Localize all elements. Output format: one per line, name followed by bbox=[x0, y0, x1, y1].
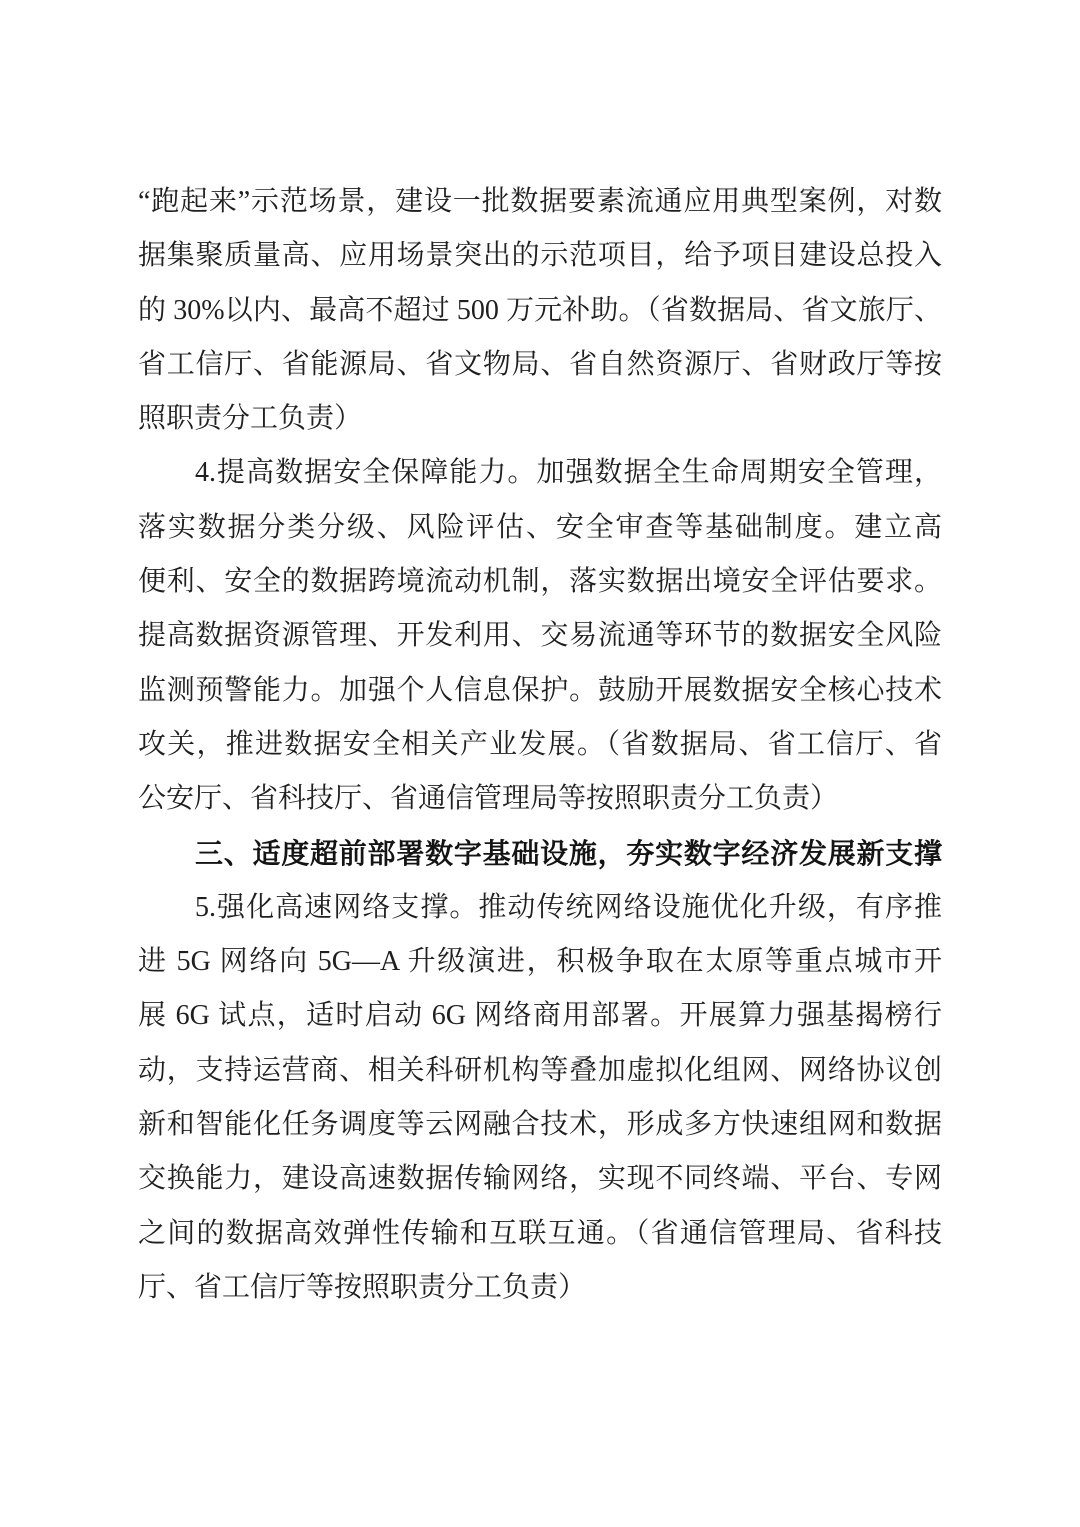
text-line: 动，支持运营商、相关科研机构等叠加虚拟化组网、网络协议创 bbox=[138, 1044, 942, 1098]
text-line: 便利、安全的数据跨境流动机制，落实数据出境安全评估要求。 bbox=[138, 555, 942, 609]
text-line: 展 6G 试点，适时启动 6G 网络商用部署。开展算力强基揭榜行 bbox=[138, 989, 942, 1043]
text-line: 攻关，推进数据安全相关产业发展。（省数据局、省工信厅、省 bbox=[138, 718, 942, 772]
text-line: 省工信厅、省能源局、省文物局、省自然资源厅、省财政厅等按 bbox=[138, 338, 942, 392]
text-line: “跑起来”示范场景，建设一批数据要素流通应用典型案例，对数 bbox=[138, 175, 942, 229]
text-line: 公安厅、省科技厅、省通信管理局等按照职责分工负责） bbox=[138, 772, 942, 826]
text-line: 的 30%以内、最高不超过 500 万元补助。（省数据局、省文旅厅、 bbox=[138, 284, 942, 338]
text-line: 监测预警能力。加强个人信息保护。鼓励开展数据安全核心技术 bbox=[138, 664, 942, 718]
text-line: 进 5G 网络向 5G—A 升级演进，积极争取在太原等重点城市开 bbox=[138, 935, 942, 989]
text-line: 之间的数据高效弹性传输和互联互通。（省通信管理局、省科技 bbox=[138, 1207, 942, 1261]
document-page: { "page": { "width": 1080, "height": 152… bbox=[0, 0, 1080, 1527]
text-line: 5.强化高速网络支撑。推动传统网络设施优化升级，有序推 bbox=[138, 881, 942, 935]
text-line: 照职责分工负责） bbox=[138, 392, 942, 446]
text-line: 交换能力，建设高速数据传输网络，实现不同终端、平台、专网 bbox=[138, 1152, 942, 1206]
text-line: 4.提高数据安全保障能力。加强数据全生命周期安全管理， bbox=[138, 446, 942, 500]
document-text-block: “跑起来”示范场景，建设一批数据要素流通应用典型案例，对数据集聚质量高、应用场景… bbox=[138, 175, 942, 1315]
text-line: 落实数据分类分级、风险评估、安全审查等基础制度。建立高效、 bbox=[138, 501, 942, 555]
text-line: 厅、省工信厅等按照职责分工负责） bbox=[138, 1261, 942, 1315]
text-line: 据集聚质量高、应用场景突出的示范项目，给予项目建设总投入 bbox=[138, 229, 942, 283]
text-line: 新和智能化任务调度等云网融合技术，形成多方快速组网和数据 bbox=[138, 1098, 942, 1152]
section-heading: 三、适度超前部署数字基础设施，夯实数字经济发展新支撑 bbox=[138, 827, 942, 881]
text-line: 提高数据资源管理、开发利用、交易流通等环节的数据安全风险 bbox=[138, 609, 942, 663]
